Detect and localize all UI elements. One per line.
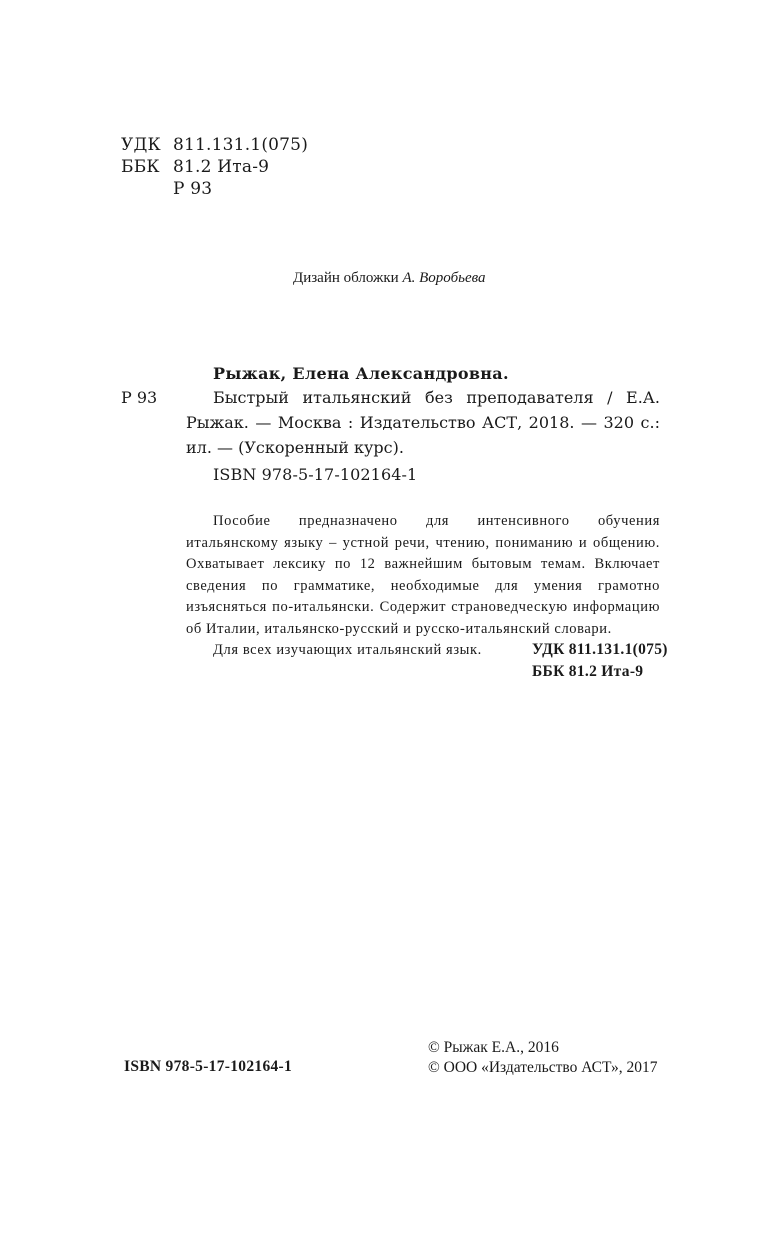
bibliographic-description: Быстрый итальянский без преподавателя / … bbox=[186, 385, 660, 460]
annotation-paragraph: Пособие предназначено для интенсивного о… bbox=[186, 511, 660, 640]
description-text: Быстрый итальянский без преподавателя / … bbox=[186, 385, 660, 460]
bbk-value: 81.2 Ита-9 bbox=[173, 156, 269, 178]
copyright-author: © Рыжак Е.А., 2016 bbox=[428, 1038, 658, 1058]
copyright-block: © Рыжак Е.А., 2016 © ООО «Издательство А… bbox=[428, 1038, 658, 1078]
cover-design-credit: Дизайн обложки А. Воробьева bbox=[293, 270, 486, 287]
bbk-code: ББК 81.2 Ита-9 bbox=[532, 661, 668, 683]
cover-designer-name: А. Воробьева bbox=[402, 270, 485, 286]
classification-right: УДК 811.131.1(075) ББК 81.2 Ита-9 bbox=[532, 639, 668, 683]
author-heading: Рыжак, Елена Александровна. bbox=[213, 364, 509, 383]
bbk-label: ББК bbox=[121, 156, 160, 178]
author-code: Р 93 bbox=[173, 178, 212, 200]
record-isbn: ISBN 978-5-17-102164-1 bbox=[213, 465, 417, 484]
udk-label: УДК bbox=[121, 134, 161, 156]
udk-code: УДК 811.131.1(075) bbox=[532, 639, 668, 661]
udk-value: 811.131.1(075) bbox=[173, 134, 308, 156]
cover-design-label: Дизайн обложки bbox=[293, 270, 399, 286]
footer-isbn: ISBN 978-5-17-102164-1 bbox=[124, 1058, 292, 1076]
classification-block: УДК 811.131.1(075) ББК 81.2 Ита-9 Р 93 bbox=[121, 134, 381, 204]
copyright-publisher: © ООО «Издательство АСТ», 2017 bbox=[428, 1058, 658, 1078]
record-author-code: Р 93 bbox=[121, 388, 157, 407]
